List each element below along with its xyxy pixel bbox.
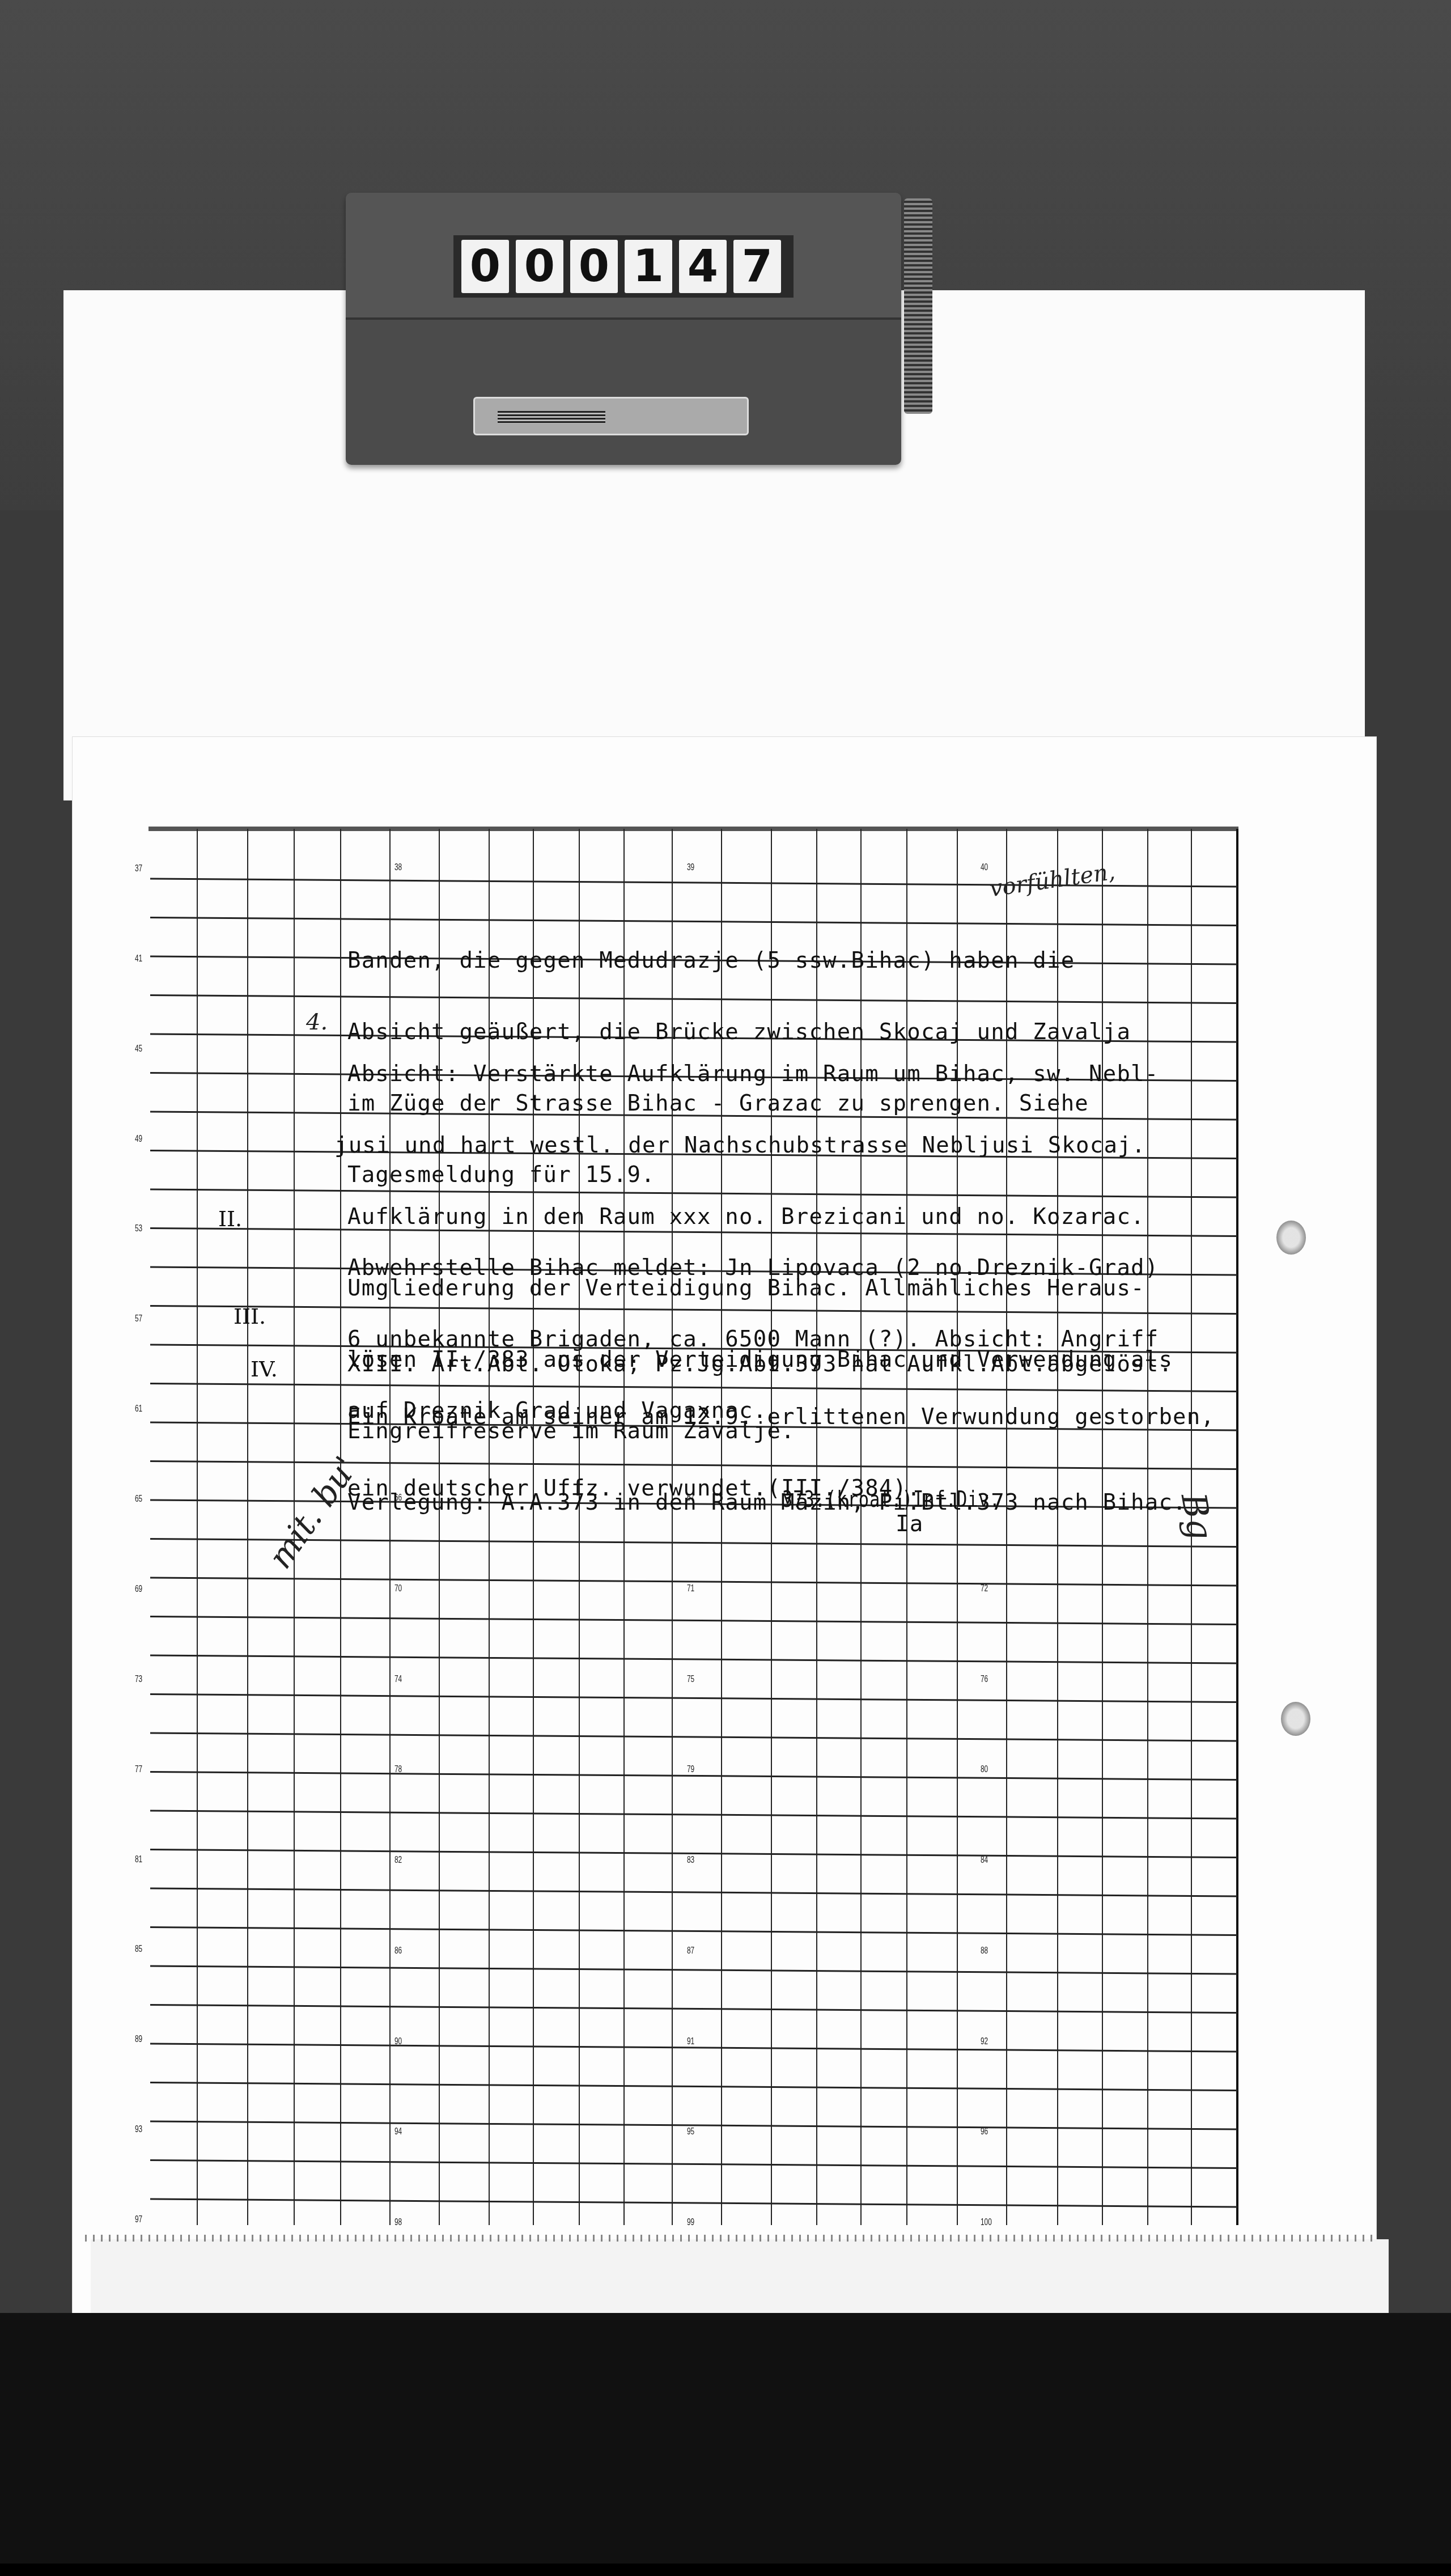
row-number: 77 — [135, 1764, 142, 1775]
row-number: 93 — [135, 2124, 142, 2135]
column-number: 95 — [687, 2126, 694, 2137]
column-number: 98 — [394, 2217, 402, 2228]
column-number: 82 — [394, 1854, 402, 1866]
column-number: 40 — [981, 862, 988, 873]
text-line: Absicht: Verstärkte Aufklärung im Raum u… — [334, 1062, 1187, 1086]
column-number: 76 — [981, 1673, 988, 1685]
counter-digit: 0 — [516, 240, 563, 293]
column-number: 72 — [981, 1583, 988, 1594]
row-number: 53 — [135, 1223, 142, 1234]
counter-digit: 0 — [570, 240, 618, 293]
counter-digit: 1 — [625, 240, 672, 293]
column-number: 80 — [981, 1764, 988, 1775]
row-number: 73 — [135, 1673, 142, 1685]
row-number: 41 — [135, 953, 142, 964]
column-number: 88 — [981, 1945, 988, 1956]
section-III-label: III. — [234, 1304, 266, 1329]
row-number: 37 — [135, 863, 142, 874]
counter-digit: 7 — [733, 240, 781, 293]
row-number: 69 — [135, 1583, 142, 1595]
row-number: 89 — [135, 2033, 142, 2045]
column-number: 100 — [981, 2217, 992, 2228]
column-number: 84 — [981, 1854, 988, 1866]
text-line: Abwehrstelle Bihac meldet: Jn Lipovaca (… — [347, 1256, 1159, 1280]
row-number: 97 — [135, 2214, 142, 2225]
counter-digit: 0 — [461, 240, 509, 293]
page-bottom-margin — [91, 2239, 1389, 2313]
column-number: 78 — [394, 1764, 402, 1775]
punch-hole — [1276, 1221, 1306, 1255]
counter-nameplate — [473, 397, 749, 435]
row-number: 61 — [135, 1403, 142, 1414]
row-number: 49 — [135, 1133, 142, 1145]
counter-window: 0 0 0 1 4 7 — [453, 235, 794, 298]
point-4-marker: 4. — [306, 1009, 328, 1035]
column-number: 70 — [394, 1583, 402, 1594]
signature-unit: 373.(kroat.)Inf.Div. — [782, 1488, 1000, 1512]
signature-role: Ia — [896, 1512, 923, 1536]
backdrop-bottom — [0, 2313, 1451, 2576]
section-IV-text: Ein Kroate am seiner am 12.9. erlittenen… — [347, 1358, 1215, 1524]
row-number: 45 — [135, 1043, 142, 1054]
frame-counter-device: 0 0 0 1 4 7 — [346, 193, 901, 465]
punch-hole — [1281, 1702, 1310, 1736]
row-number: 57 — [135, 1313, 142, 1324]
column-number: 86 — [394, 1945, 402, 1956]
row-number: 85 — [135, 1943, 142, 1955]
column-number: 39 — [687, 862, 694, 873]
column-number: 83 — [687, 1854, 694, 1866]
initials-handwriting: Bg — [1173, 1490, 1220, 1543]
column-number: 79 — [687, 1764, 694, 1775]
perforation-edge — [85, 2235, 1377, 2242]
column-number: 90 — [394, 2036, 402, 2047]
text-line: ein deutscher Uffz. verwundet.(III./384)… — [347, 1477, 1215, 1501]
text-line: Banden, die gegen Medudrazje (5 ssw.Biha… — [347, 949, 1131, 973]
row-number: 65 — [135, 1493, 142, 1505]
column-number: 96 — [981, 2126, 988, 2137]
column-number: 92 — [981, 2036, 988, 2047]
column-number: 38 — [394, 862, 402, 873]
counter-digit: 4 — [679, 240, 727, 293]
column-number: 99 — [687, 2217, 694, 2228]
column-number: 91 — [687, 2036, 694, 2047]
section-II-label: II. — [218, 1206, 242, 1231]
column-number: 74 — [394, 1673, 402, 1685]
text-line: Ein Kroate am seiner am 12.9. erlittenen… — [347, 1405, 1215, 1429]
counter-thumbwheel — [904, 198, 932, 414]
column-number: 87 — [687, 1945, 694, 1956]
column-number: 94 — [394, 2126, 402, 2137]
column-number: 71 — [687, 1583, 694, 1594]
section-IV-label: IV. — [251, 1357, 278, 1382]
column-number: 75 — [687, 1673, 694, 1685]
text-line: jusi und hart westl. der Nachschubstrass… — [334, 1134, 1187, 1158]
row-number: 81 — [135, 1854, 142, 1865]
